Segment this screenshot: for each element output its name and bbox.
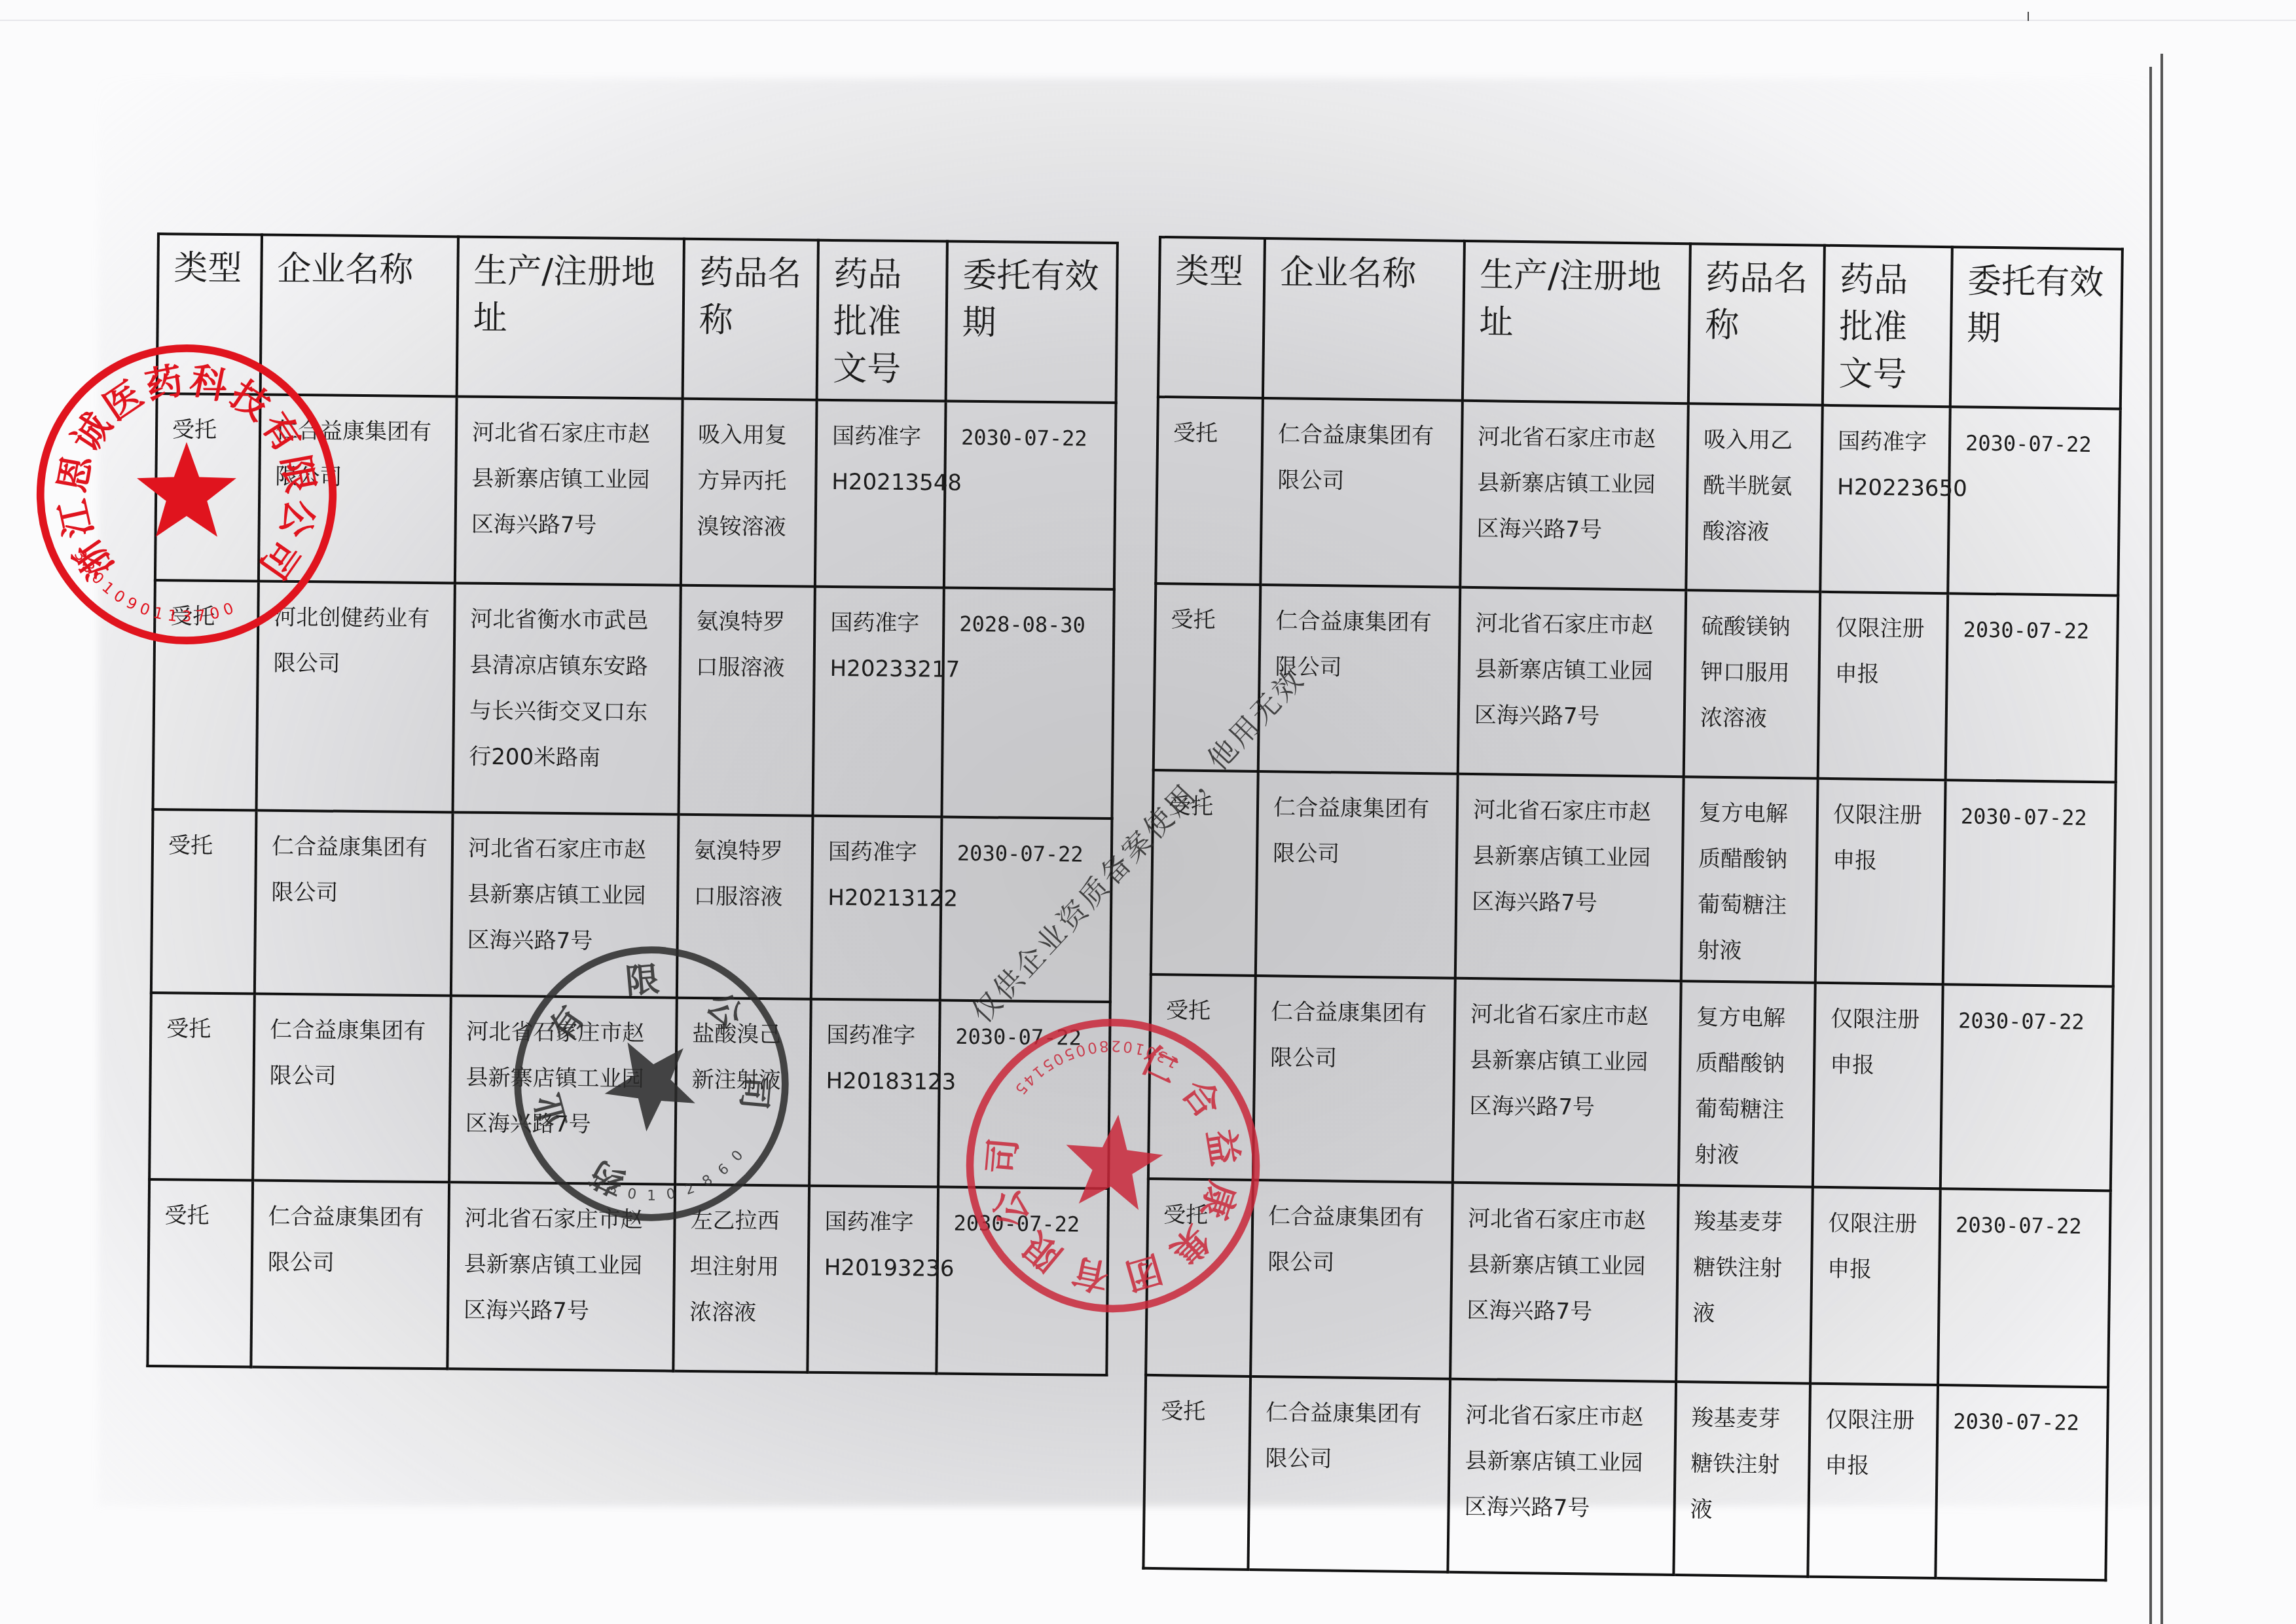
type-cell: 受托 [147, 1179, 253, 1367]
table-row: 受托仁合益康集团有限公司河北省石家庄市赵县新寨店镇工业园区海兴路7号复方电解质醋… [1148, 974, 2113, 1190]
header-validity: 委托有效期 [946, 242, 1118, 403]
right-registration-table: 类型企业名称生产/注册地址药品名称药品批准文号委托有效期 受托仁合益康集团有限公… [1142, 236, 2123, 1581]
svg-text:3: 3 [71, 547, 92, 564]
drug-name-cell: 硫酸镁钠钾口服用浓溶液 [1684, 590, 1821, 779]
validity-cell: 2030-07-22 [1946, 593, 2119, 782]
table-row: 受托仁合益康集团有限公司河北省石家庄市赵县新寨店镇工业园区海兴路7号左乙拉西坦注… [147, 1179, 1108, 1375]
approval-number-cell: 国药准字H20233217 [812, 587, 943, 817]
type-cell: 受托 [1146, 1179, 1253, 1376]
table-row: 受托仁合益康集团有限公司河北省石家庄市赵县新寨店镇工业园区海兴路7号盐酸溴己新注… [149, 993, 1110, 1189]
header-type: 类型 [1158, 237, 1265, 398]
validity-cell: 2030-07-22 [938, 1001, 1110, 1189]
address-cell: 河北省石家庄市赵县新寨店镇工业园区海兴路7号 [1458, 587, 1686, 777]
table-row: 受托仁合益康集团有限公司河北省石家庄市赵县新寨店镇工业园区海兴路7号复方电解质醋… [1151, 770, 2116, 986]
table-row: 受托仁合益康集团有限公司河北省石家庄市赵县新寨店镇工业园区海兴路7号羧基麦芽糖铁… [1146, 1179, 2111, 1387]
type-cell: 受托 [151, 809, 257, 994]
company-cell: 河北创健药业有限公司 [257, 581, 455, 813]
header-address: 生产/注册地址 [457, 236, 684, 398]
approval-number-cell: 仅限注册申报 [1810, 1187, 1941, 1385]
company-cell: 仁合益康集团有限公司 [253, 993, 451, 1182]
approval-number-cell: 国药准字H20213122 [811, 816, 942, 1001]
table-row: 受托仁合益康集团有限公司河北省石家庄市赵县新寨店镇工业园区海兴路7号吸入用乙酰半… [1156, 397, 2120, 595]
header-company: 企业名称 [1263, 238, 1465, 401]
page-edge-line-inner [2149, 67, 2152, 1624]
drug-name-cell: 羧基麦芽糖铁注射液 [1676, 1185, 1813, 1384]
svg-text:3: 3 [79, 558, 99, 577]
address-cell: 河北省石家庄市赵县新寨店镇工业园区海兴路7号 [1455, 774, 1684, 981]
approval-number-cell: 仅限注册申报 [1818, 592, 1948, 780]
header-drug-name: 药品名称 [683, 239, 818, 400]
address-cell: 河北省石家庄市赵县新寨店镇工业园区海兴路7号 [447, 1182, 675, 1371]
page-top-edge [0, 20, 2296, 21]
company-cell: 仁合益康集团有限公司 [1260, 398, 1463, 587]
address-cell: 河北省石家庄市赵县新寨店镇工业园区海兴路7号 [1460, 401, 1688, 590]
table-row: 受托仁合益康集团有限公司河北省石家庄市赵县新寨店镇工业园区海兴路7号氨溴特罗口服… [151, 809, 1112, 1002]
address-cell: 河北省石家庄市赵县新寨店镇工业园区海兴路7号 [1448, 1379, 1676, 1575]
header-company: 企业名称 [261, 235, 458, 397]
address-cell: 河北省石家庄市赵县新寨店镇工业园区海兴路7号 [451, 812, 679, 997]
address-cell: 河北省石家庄市赵县新寨店镇工业园区海兴路7号 [1453, 978, 1681, 1185]
svg-text:江: 江 [52, 496, 101, 542]
company-cell: 仁合益康集团有限公司 [259, 395, 457, 583]
address-cell: 河北省石家庄市赵县新寨店镇工业园区海兴路7号 [449, 995, 677, 1184]
header-drug-name: 药品名称 [1688, 244, 1825, 405]
header-validity: 委托有效期 [1950, 247, 2123, 409]
drug-name-cell: 吸入用乙酰半胱氨酸溶液 [1686, 403, 1823, 592]
table-row: 受托仁合益康集团有限公司河北省石家庄市赵县新寨店镇工业园区海兴路7号吸入用复方异… [155, 394, 1116, 589]
company-cell: 仁合益康集团有限公司 [1248, 1376, 1450, 1572]
validity-cell: 2030-07-22 [936, 1187, 1108, 1375]
company-cell: 仁合益康集团有限公司 [1253, 976, 1455, 1183]
type-cell: 受托 [149, 993, 255, 1181]
drug-name-cell: 复方电解质醋酸钠葡萄糖注射液 [1681, 777, 1818, 983]
drug-name-cell: 氨溴特罗口服溶液 [679, 585, 815, 816]
validity-cell: 2030-07-22 [1948, 407, 2121, 595]
company-cell: 仁合益康集团有限公司 [255, 810, 453, 995]
address-cell: 河北省石家庄市赵县新寨店镇工业园区海兴路7号 [1450, 1183, 1679, 1382]
validity-cell: 2030-07-22 [1941, 984, 2113, 1190]
address-cell: 河北省衡水市武邑县清凉店镇东安路与长兴街交叉口东行200米路南 [453, 583, 681, 814]
approval-number-cell: 国药准字H20213548 [815, 400, 946, 588]
validity-cell: 2030-07-22 [944, 401, 1116, 589]
drug-name-cell: 羧基麦芽糖铁注射液 [1673, 1382, 1810, 1577]
scan-mark [2028, 12, 2029, 21]
svg-text:恩: 恩 [52, 451, 100, 496]
approval-number-cell: 国药准字H20183123 [809, 999, 940, 1187]
approval-number-cell: 仅限注册申报 [1808, 1384, 1938, 1578]
type-cell: 受托 [1148, 974, 1256, 1180]
header-address: 生产/注册地址 [1463, 241, 1690, 403]
drug-name-cell: 盐酸溴己新注射液 [675, 998, 811, 1186]
approval-number-cell: 仅限注册申报 [1813, 983, 1943, 1189]
approval-number-cell: 仅限注册申报 [1815, 779, 1946, 984]
page-edge-line-outer [2160, 54, 2163, 1624]
type-cell: 受托 [155, 394, 261, 581]
drug-name-cell: 吸入用复方异丙托溴铵溶液 [681, 399, 817, 587]
company-cell: 仁合益康集团有限公司 [1256, 771, 1458, 978]
company-cell: 仁合益康集团有限公司 [1250, 1180, 1453, 1379]
type-cell: 受托 [1143, 1375, 1250, 1570]
drug-name-cell: 氨溴特罗口服溶液 [677, 815, 813, 999]
header-approval-number: 药品批准文号 [1823, 246, 1952, 407]
header-type: 类型 [157, 234, 262, 395]
drug-name-cell: 复方电解质醋酸钠葡萄糖注射液 [1679, 981, 1815, 1187]
drug-name-cell: 左乙拉西坦注射用浓溶液 [673, 1185, 809, 1373]
validity-cell: 2030-07-22 [1943, 780, 2116, 986]
type-cell: 受托 [153, 580, 259, 811]
left-registration-table: 类型企业名称生产/注册地址药品名称药品批准文号委托有效期 受托仁合益康集团有限公… [146, 232, 1119, 1376]
header-row: 类型企业名称生产/注册地址药品名称药品批准文号委托有效期 [157, 234, 1118, 403]
approval-number-cell: 国药准字H20193236 [807, 1186, 938, 1374]
table-row: 受托河北创健药业有限公司河北省衡水市武邑县清凉店镇东安路与长兴街交叉口东行200… [153, 580, 1114, 819]
validity-cell: 2030-07-22 [1938, 1189, 2111, 1387]
header-approval-number: 药品批准文号 [817, 240, 947, 401]
header-row: 类型企业名称生产/注册地址药品名称药品批准文号委托有效期 [1158, 237, 2123, 409]
address-cell: 河北省石家庄市赵县新寨店镇工业园区海兴路7号 [455, 396, 683, 585]
table-row: 受托仁合益康集团有限公司河北省石家庄市赵县新寨店镇工业园区海兴路7号羧基麦芽糖铁… [1143, 1375, 2108, 1580]
type-cell: 受托 [1156, 397, 1263, 585]
validity-cell: 2030-07-22 [1935, 1385, 2108, 1580]
approval-number-cell: 国药准字H20223650 [1820, 405, 1950, 593]
company-cell: 仁合益康集团有限公司 [251, 1180, 449, 1369]
validity-cell: 2028-08-30 [941, 588, 1114, 819]
